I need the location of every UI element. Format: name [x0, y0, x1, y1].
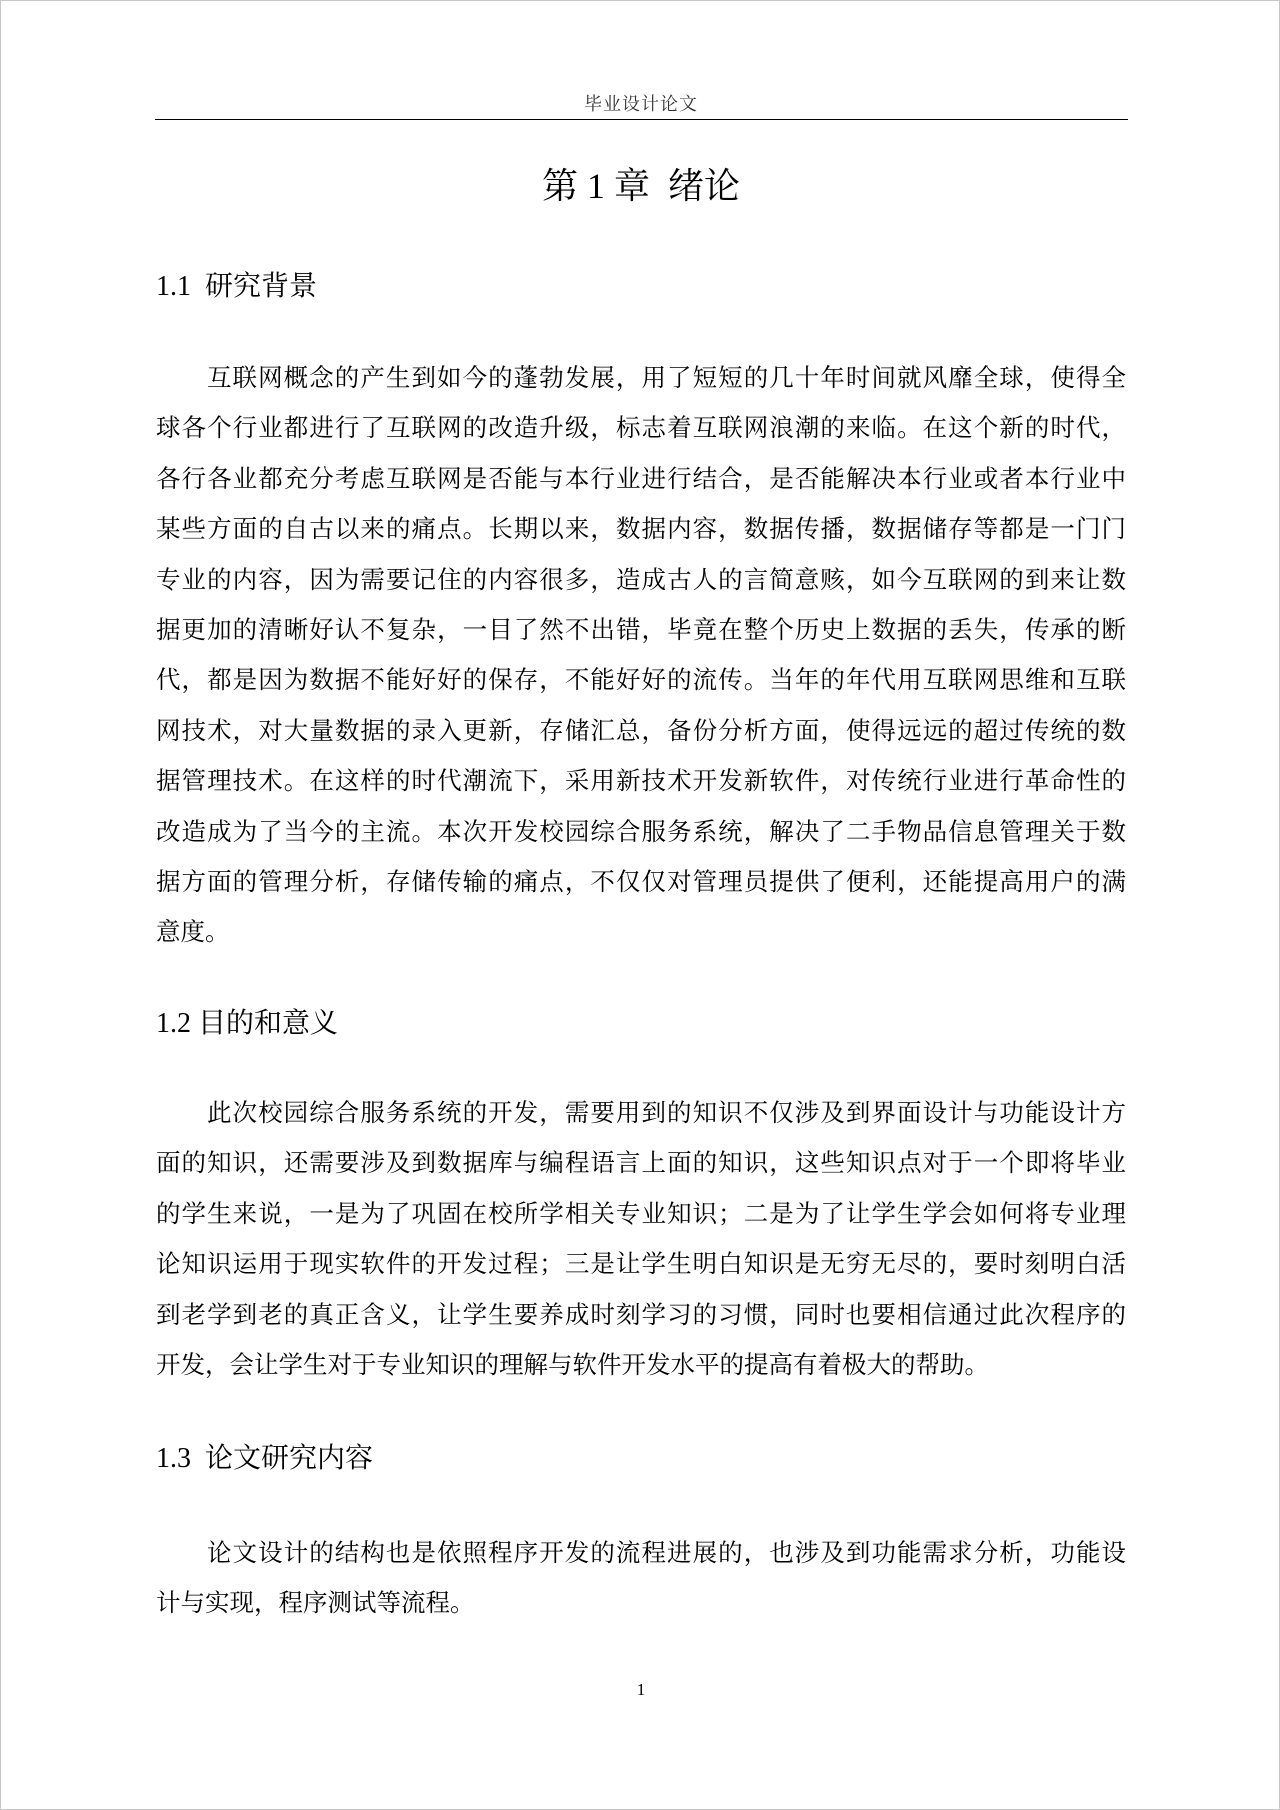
paragraph-line: 面的知识，还需要涉及到数据库与编程语言上面的知识，这些知识点对于一个即将毕业: [156, 1139, 1126, 1189]
paragraph-line: 论知识运用于现实软件的开发过程；三是让学生明白知识是无穷无尽的，要时刻明白活: [156, 1240, 1126, 1290]
page-number: 1: [1, 1679, 1280, 1701]
section-heading-1-2: 1.2 目的和意义: [156, 1006, 338, 1042]
section-1-1-paragraph: 互联网概念的产生到如今的蓬勃发展，用了短短的几十年时间就风靡全球，使得全 球各个…: [156, 354, 1126, 959]
paragraph-line: 互联网概念的产生到如今的蓬勃发展，用了短短的几十年时间就风靡全球，使得全: [156, 354, 1126, 404]
paragraph-line: 开发，会让学生对于专业知识的理解与软件开发水平的提高有着极大的帮助。: [156, 1341, 1126, 1391]
section-heading-1-1: 1.1 研究背景: [156, 269, 317, 305]
paragraph-line: 网技术，对大量数据的录入更新，存储汇总，备份分析方面，使得远远的超过传统的数: [156, 707, 1126, 757]
section-1-2-paragraph: 此次校园综合服务系统的开发，需要用到的知识不仅涉及到界面设计与功能设计方 面的知…: [156, 1089, 1126, 1391]
paragraph-line: 据更加的清晰好认不复杂，一目了然不出错，毕竟在整个历史上数据的丢失，传承的断: [156, 606, 1126, 656]
paragraph-line: 意度。: [156, 908, 1126, 958]
paragraph-line: 的学生来说，一是为了巩固在校所学相关专业知识；二是为了让学生学会如何将专业理: [156, 1190, 1126, 1240]
paragraph-line: 计与实现，程序测试等流程。: [156, 1579, 1126, 1629]
running-header: 毕业设计论文: [1, 92, 1280, 116]
paragraph-line: 专业的内容，因为需要记住的内容很多，造成古人的言简意赅，如今互联网的到来让数: [156, 556, 1126, 606]
paragraph-line: 到老学到老的真正含义，让学生要养成时刻学习的习惯，同时也要相信通过此次程序的: [156, 1291, 1126, 1341]
paragraph-line: 据方面的管理分析，存储传输的痛点，不仅仅对管理员提供了便利，还能提高用户的满: [156, 858, 1126, 908]
section-heading-1-3: 1.3 论文研究内容: [156, 1441, 373, 1477]
paragraph-line: 改造成为了当今的主流。本次开发校园综合服务系统，解决了二手物品信息管理关于数: [156, 808, 1126, 858]
paragraph-line: 各行各业都充分考虑互联网是否能与本行业进行结合，是否能解决本行业或者本行业中: [156, 455, 1126, 505]
header-divider: [155, 119, 1128, 120]
section-1-3-paragraph: 论文设计的结构也是依照程序开发的流程进展的，也涉及到功能需求分析，功能设 计与实…: [156, 1529, 1126, 1630]
paragraph-line: 球各个行业都进行了互联网的改造升级，标志着互联网浪潮的来临。在这个新的时代，: [156, 404, 1126, 454]
paragraph-line: 论文设计的结构也是依照程序开发的流程进展的，也涉及到功能需求分析，功能设: [156, 1529, 1126, 1579]
document-page: 毕业设计论文 第 1 章 绪论 1.1 研究背景 互联网概念的产生到如今的蓬勃发…: [0, 0, 1280, 1810]
paragraph-line: 此次校园综合服务系统的开发，需要用到的知识不仅涉及到界面设计与功能设计方: [156, 1089, 1126, 1139]
paragraph-line: 代，都是因为数据不能好好的保存，不能好好的流传。当年的年代用互联网思维和互联: [156, 656, 1126, 706]
paragraph-line: 某些方面的自古以来的痛点。长期以来，数据内容，数据传播，数据储存等都是一门门: [156, 505, 1126, 555]
paragraph-line: 据管理技术。在这样的时代潮流下，采用新技术开发新软件，对传统行业进行革命性的: [156, 757, 1126, 807]
chapter-title: 第 1 章 绪论: [1, 163, 1280, 209]
